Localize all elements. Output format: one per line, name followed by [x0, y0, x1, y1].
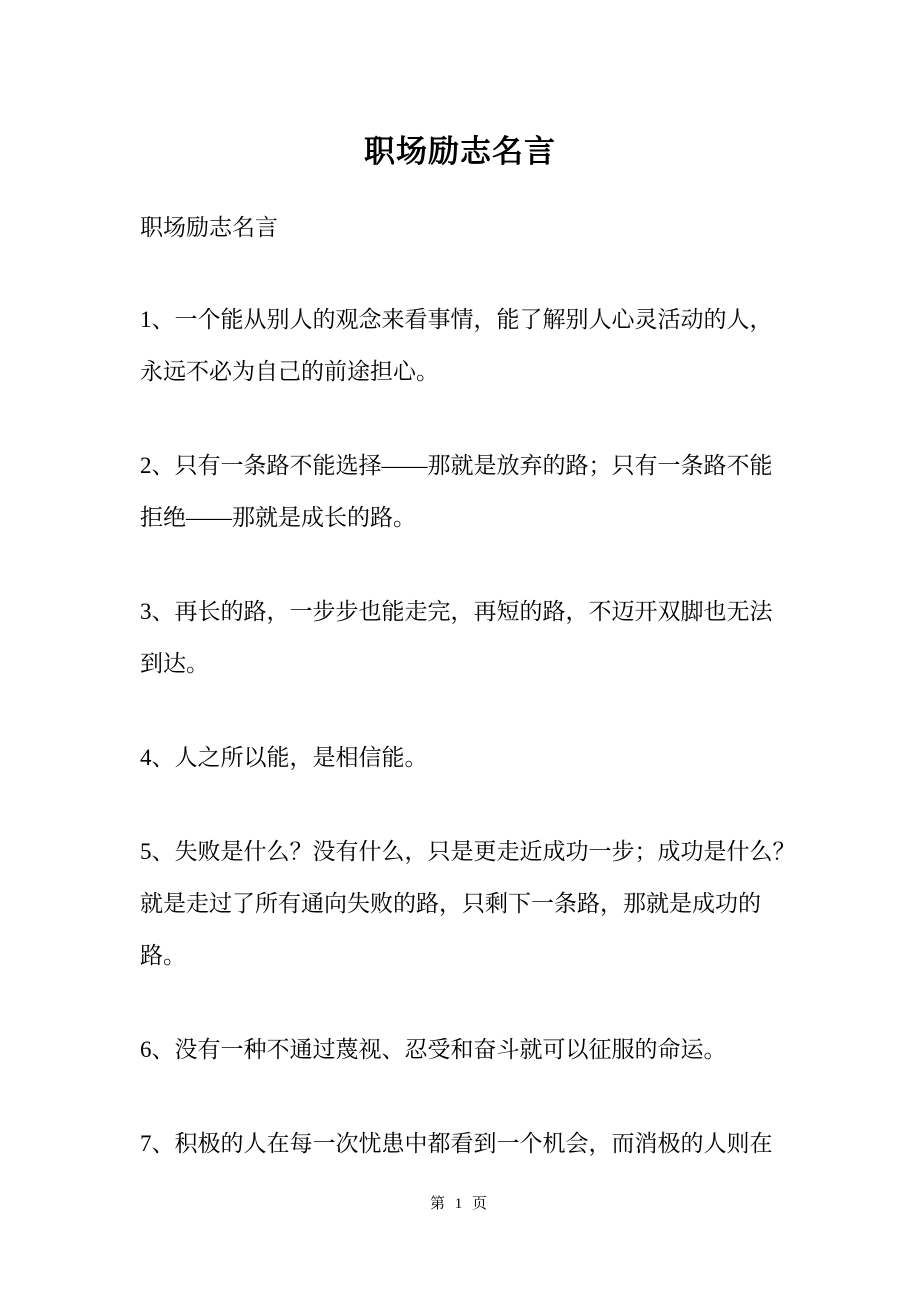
- document-page: 职场励志名言 职场励志名言 1、一个能从别人的观念来看事情，能了解别人心灵活动的…: [0, 0, 920, 1302]
- quote-paragraph-7: 7、积极的人在每一次忧患中都看到一个机会，而消极的人则在: [140, 1118, 805, 1170]
- page-number-label: 第 1 页: [430, 1196, 490, 1212]
- document-subtitle: 职场励志名言: [140, 202, 805, 254]
- page-footer: 第 1 页: [0, 1194, 920, 1214]
- quote-paragraph-4: 4、人之所以能，是相信能。: [140, 732, 805, 784]
- quote-paragraph-6: 6、没有一种不通过蔑视、忍受和奋斗就可以征服的命运。: [140, 1024, 805, 1076]
- quote-paragraph-5: 5、失败是什么？没有什么，只是更走近成功一步；成功是什么？ 就是走过了所有通向失…: [140, 826, 805, 982]
- quote-paragraph-1: 1、一个能从别人的观念来看事情，能了解别人心灵活动的人， 永远不必为自己的前途担…: [140, 294, 805, 398]
- quote-paragraph-2: 2、只有一条路不能选择——那就是放弃的路；只有一条路不能 拒绝——那就是成长的路…: [140, 440, 805, 544]
- document-body: 职场励志名言 1、一个能从别人的观念来看事情，能了解别人心灵活动的人， 永远不必…: [140, 202, 805, 1170]
- quote-paragraph-3: 3、再长的路，一步步也能走完，再短的路，不迈开双脚也无法 到达。: [140, 586, 805, 690]
- document-title: 职场励志名言: [0, 132, 920, 172]
